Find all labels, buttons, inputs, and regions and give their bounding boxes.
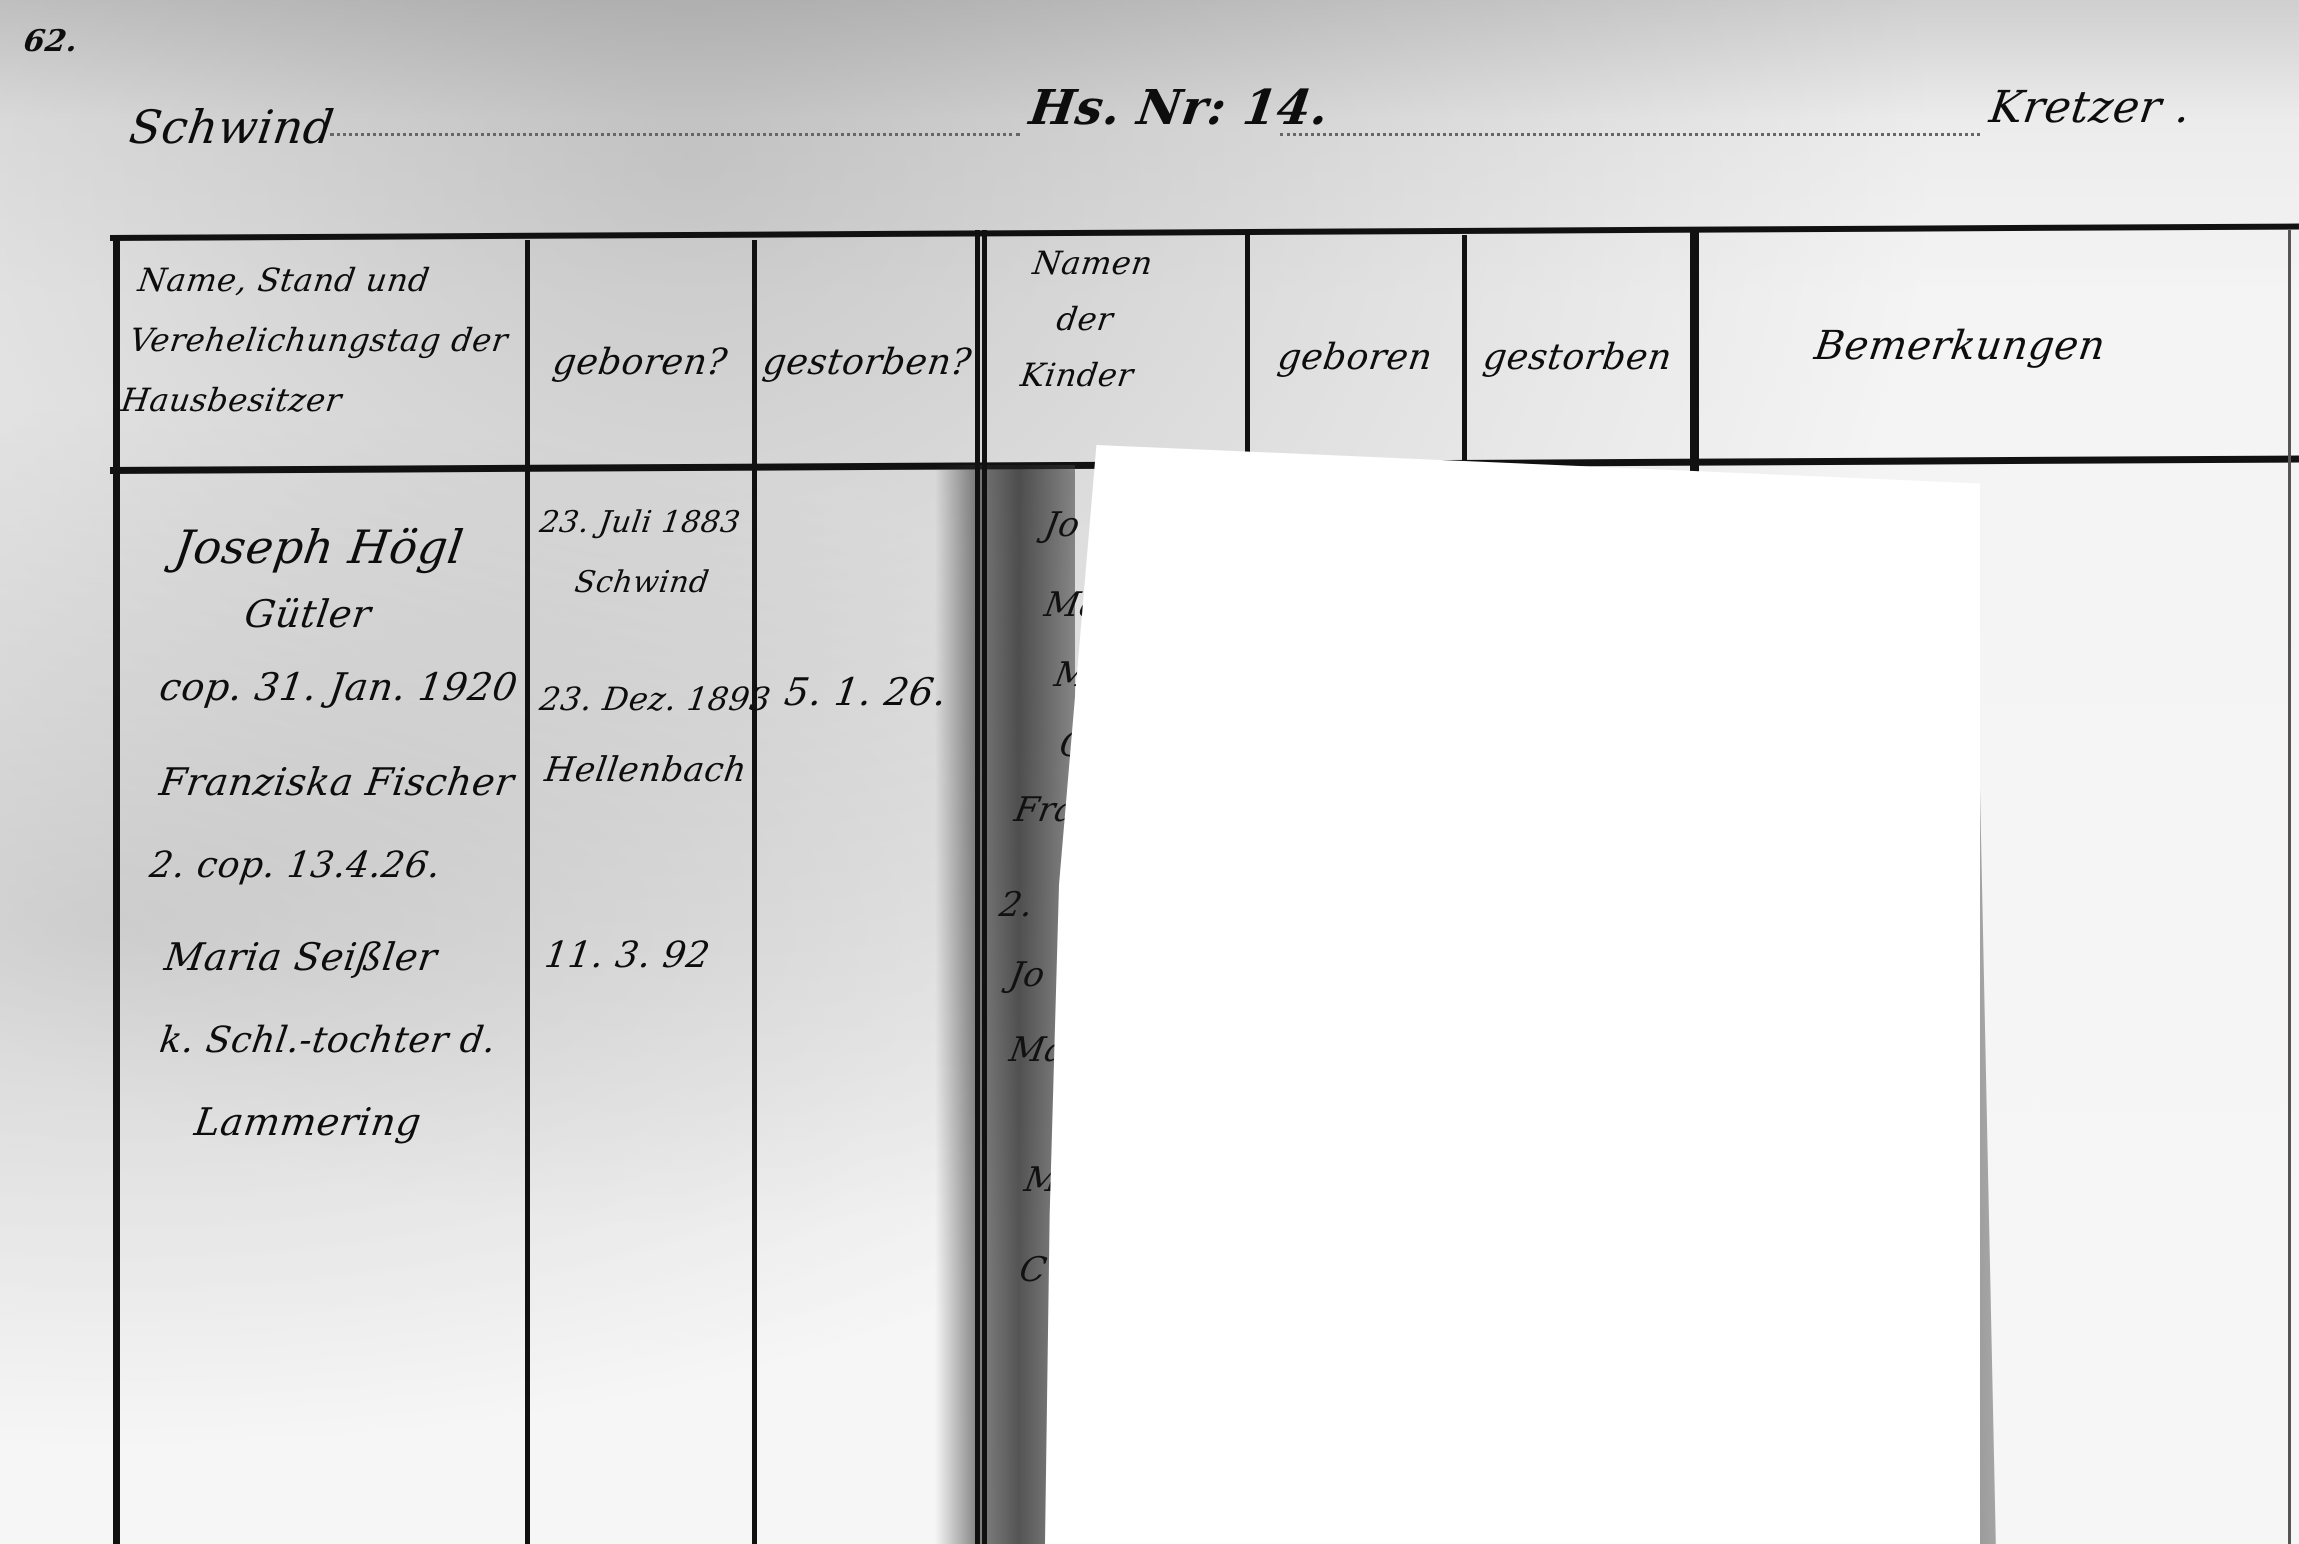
header-owner-surname: Kretzer . xyxy=(1986,82,2194,133)
spouse-2-origin: k. Schl.-tochter d. xyxy=(157,1020,498,1061)
child-name-fragment: Jo xyxy=(1041,505,1082,545)
gutter-double-rule xyxy=(975,230,987,1544)
pasted-paper-overlay xyxy=(1045,445,1980,1544)
table-left-rule xyxy=(113,235,120,1544)
header-house-number: Hs. Nr: 14. xyxy=(1026,80,1332,136)
spouse-2-place: Lammering xyxy=(192,1100,424,1144)
column-header-owner-died: gestorben? xyxy=(758,335,976,391)
page-number: 62. xyxy=(22,24,81,59)
spouse-2-name: Maria Seißler xyxy=(162,935,440,979)
column-header-child-died: gestorben xyxy=(1466,330,1689,386)
table-top-rule xyxy=(110,224,2299,241)
owner-occupation: Gütler xyxy=(242,592,374,636)
owner-birth-place: Schwind xyxy=(573,565,712,600)
owner-name: Joseph Högl xyxy=(171,520,467,574)
owner-birth-date: 23. Juli 1883 xyxy=(538,505,743,540)
column-header-children: Namen der Kinder xyxy=(988,235,1182,403)
column-header-child-born: geboren xyxy=(1251,330,1459,386)
column-header-owner: Name, Stand und Verehelichungstag der Ha… xyxy=(117,250,522,430)
spouse-1-birth-date: 23. Dez. 1893 xyxy=(537,680,773,718)
column-divider xyxy=(1245,235,1250,465)
owner-marriage-2: 2. cop. 13.4.26. xyxy=(147,845,443,886)
column-divider xyxy=(525,240,530,1544)
column-header-owner-born: geboren? xyxy=(531,335,749,391)
header-dotted-line xyxy=(330,133,1020,136)
child-name-fragment: Jo xyxy=(1006,955,1047,995)
column-divider xyxy=(752,240,757,1544)
scanned-ledger-page: 62. Schwind Hs. Nr: 14. Kretzer . Name, … xyxy=(0,0,2299,1544)
column-divider xyxy=(1462,235,1467,470)
column-divider xyxy=(1690,232,1699,472)
owner-marriage-1: cop. 31. Jan. 1920 xyxy=(157,665,521,709)
column-header-remarks: Bemerkungen xyxy=(1756,318,2164,374)
header-dotted-line xyxy=(1280,133,1980,136)
spouse-1-name: Franziska Fischer xyxy=(157,760,517,804)
spouse-1-death-date: 5. 1. 26. xyxy=(782,670,950,714)
page-edge-rule xyxy=(2288,230,2291,1544)
spouse-2-birth-date: 11. 3. 92 xyxy=(542,935,713,976)
spouse-1-birth-place: Hellenbach xyxy=(542,750,749,790)
header-place: Schwind xyxy=(126,100,337,154)
